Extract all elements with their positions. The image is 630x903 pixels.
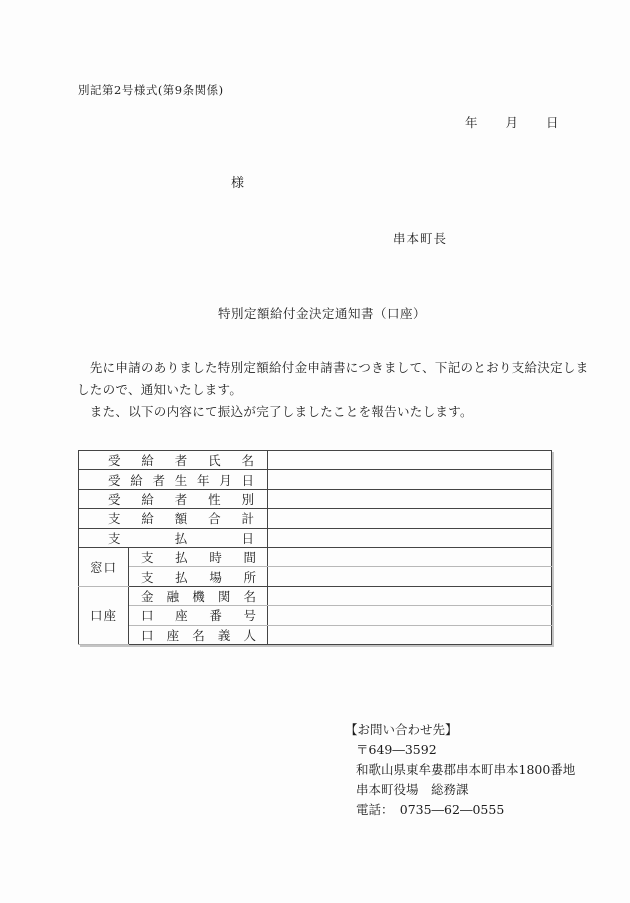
row-label: 支払時間 [129, 547, 268, 566]
value-cell [268, 528, 552, 547]
group-label-account: 口座 [79, 586, 129, 644]
sender-title: 串本町長 [393, 229, 447, 247]
year-label: 年 [465, 113, 478, 131]
value-cell [268, 606, 552, 625]
row-label: 受給者性別 [79, 489, 268, 508]
row-label: 受給者氏名 [79, 451, 268, 470]
value-cell [268, 567, 552, 586]
contact-address: 和歌山県東牟婁郡串本町串本1800番地 [345, 760, 575, 780]
body-line: また、以下の内容にて振込が完了しましたことを報告いたします。 [77, 401, 563, 423]
row-label: 支払日 [79, 528, 268, 547]
body-line: したので、通知いたします。 [77, 379, 563, 401]
body-paragraph: 先に申請のありました特別定額給付金申請書につきまして、下記のとおり支給決定しま … [77, 357, 563, 423]
body-line: 先に申請のありました特別定額給付金申請書につきまして、下記のとおり支給決定しま [77, 357, 563, 379]
value-cell [268, 625, 552, 644]
table-row: 受給者氏名 [79, 451, 552, 470]
contact-heading: 【お問い合わせ先】 [345, 720, 575, 740]
date-line: 年 月 日 [465, 113, 559, 131]
row-label: 口座名義人 [129, 625, 268, 644]
row-label: 受給者生年月日 [79, 470, 268, 489]
contact-postal-code: 〒649―3592 [345, 740, 575, 760]
table-row: 支払場所 [79, 567, 552, 586]
contact-office: 串本町役場 総務課 [345, 780, 575, 800]
row-label: 支給額合計 [79, 509, 268, 528]
value-cell [268, 470, 552, 489]
form-number: 別記第2号様式(第9条関係) [78, 82, 224, 98]
table-row: 口座 金融機関名 [79, 586, 552, 605]
table-row: 支払日 [79, 528, 552, 547]
row-label: 口座番号 [129, 606, 268, 625]
addressee-suffix: 様 [231, 172, 244, 191]
day-label: 日 [546, 113, 559, 131]
table-row: 受給者生年月日 [79, 470, 552, 489]
table-row: 口座名義人 [79, 625, 552, 644]
row-label: 金融機関名 [129, 586, 268, 605]
value-cell [268, 489, 552, 508]
table-row: 口座番号 [79, 606, 552, 625]
row-label: 支払場所 [129, 567, 268, 586]
document-page: 別記第2号様式(第9条関係) 年 月 日 様 串本町長 特別定額給付金決定通知書… [0, 0, 630, 903]
table-row: 窓口 支払時間 [79, 547, 552, 566]
value-cell [268, 547, 552, 566]
group-label-window: 窓口 [79, 547, 129, 586]
table-row: 受給者性別 [79, 489, 552, 508]
value-cell [268, 451, 552, 470]
contact-phone: 電話： 0735―62―0555 [345, 800, 575, 820]
contact-block: 【お問い合わせ先】 〒649―3592 和歌山県東牟婁郡串本町串本1800番地 … [345, 720, 575, 820]
document-title: 特別定額給付金決定通知書（口座） [14, 304, 630, 322]
table-row: 支給額合計 [79, 509, 552, 528]
value-cell [268, 509, 552, 528]
value-cell [268, 586, 552, 605]
benefit-table: 受給者氏名 受給者生年月日 受給者性別 支給額合計 支払日 窓口 支払時 [78, 450, 552, 645]
month-label: 月 [506, 113, 519, 131]
